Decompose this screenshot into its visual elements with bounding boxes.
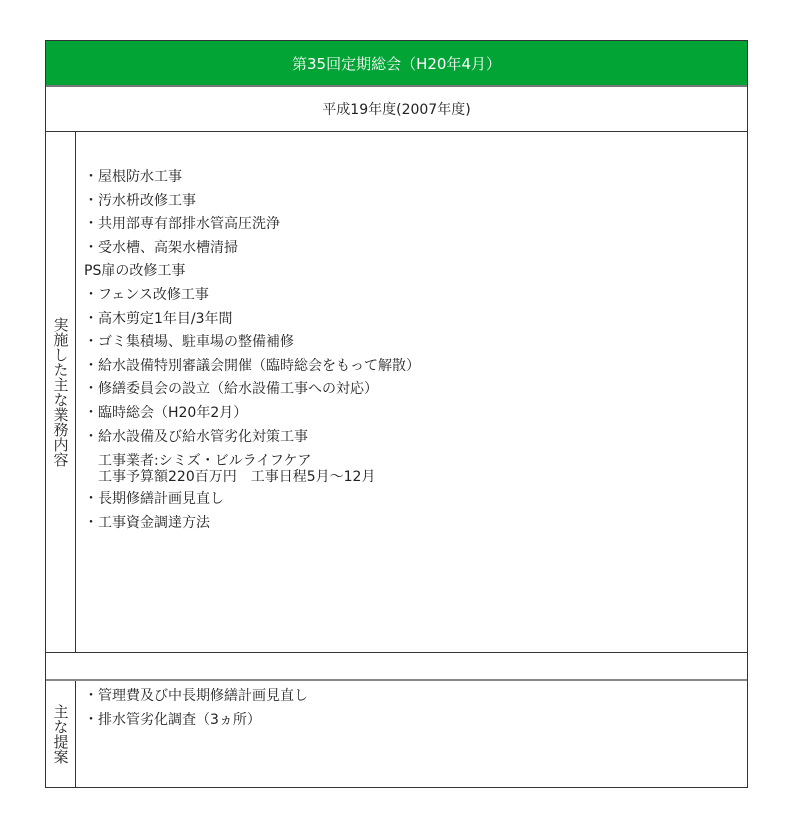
- empty-spacer-row: [46, 653, 747, 681]
- meeting-title: 第35回定期総会（H20年4月）: [292, 53, 501, 74]
- activities-label: 実施した主な業務内容: [51, 317, 71, 467]
- activity-item: ・臨時総会（H20年2月）: [84, 402, 747, 426]
- activities-content: ・屋根防水工事 ・汚水枡改修工事 ・共用部専有部排水管高圧洗浄 ・受水槽、高架水…: [76, 132, 747, 652]
- activity-item: ・給水設備特別審議会開催（臨時総会をもって解散）: [84, 355, 747, 379]
- proposal-item: ・管理費及び中長期修繕計画見直し: [84, 685, 747, 709]
- proposals-content: ・管理費及び中長期修繕計画見直し ・排水管劣化調査（3ヵ所）: [76, 681, 747, 787]
- activity-item: ・修繕委員会の設立（給水設備工事への対応）: [84, 378, 747, 402]
- activity-item: ・工事資金調達方法: [84, 512, 747, 536]
- activity-item: ・共用部専有部排水管高圧洗浄: [84, 213, 747, 237]
- fiscal-year-row: 平成19年度(2007年度): [46, 87, 747, 132]
- proposals-label-cell: 主な提案: [46, 681, 76, 787]
- activity-item: ・ゴミ集積場、駐車場の整備補修: [84, 331, 747, 355]
- activity-item: ・フェンス改修工事: [84, 284, 747, 308]
- budget-schedule-detail: 工事予算額220百万円 工事日程5月～12月: [84, 469, 747, 485]
- meeting-title-header: 第35回定期総会（H20年4月）: [46, 41, 747, 87]
- activities-row: 実施した主な業務内容 ・屋根防水工事 ・汚水枡改修工事 ・共用部専有部排水管高圧…: [46, 132, 747, 653]
- construction-details: 工事業者:シミズ・ビルライフケア 工事予算額220百万円 工事日程5月～12月: [84, 449, 747, 488]
- activity-item: ・高木剪定1年目/3年間: [84, 308, 747, 332]
- fiscal-year: 平成19年度(2007年度): [322, 99, 470, 119]
- proposals-label: 主な提案: [51, 704, 71, 764]
- proposal-item: ・排水管劣化調査（3ヵ所）: [84, 709, 747, 733]
- activity-item: ・長期修繕計画見直し: [84, 488, 747, 512]
- activities-label-cell: 実施した主な業務内容: [46, 132, 76, 652]
- contractor-detail: 工事業者:シミズ・ビルライフケア: [84, 453, 747, 469]
- proposals-row: 主な提案 ・管理費及び中長期修繕計画見直し ・排水管劣化調査（3ヵ所）: [46, 681, 747, 787]
- general-meeting-table: 第35回定期総会（H20年4月） 平成19年度(2007年度) 実施した主な業務…: [45, 40, 748, 788]
- activity-item: ・屋根防水工事: [84, 166, 747, 190]
- activity-item: PS扉の改修工事: [84, 260, 747, 284]
- activity-item: ・汚水枡改修工事: [84, 190, 747, 214]
- activity-item: ・給水設備及び給水管劣化対策工事: [84, 426, 747, 450]
- activity-item: ・受水槽、高架水槽清掃: [84, 237, 747, 261]
